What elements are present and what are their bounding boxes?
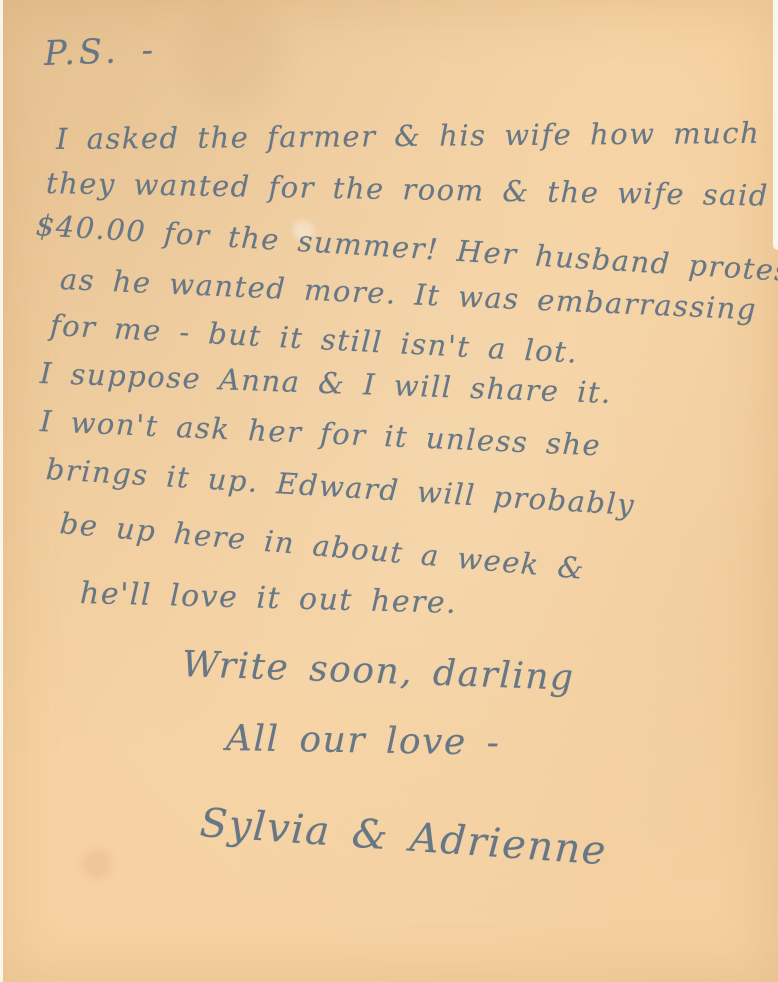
closing-line: All our love - bbox=[226, 718, 501, 764]
letter-line: he'll love it out here. bbox=[80, 576, 458, 621]
letter-line: be up here in about a week & bbox=[59, 506, 587, 586]
letter-page: P.S. - I asked the farmer & his wife how… bbox=[0, 0, 778, 982]
scan-edge-right-top bbox=[773, 0, 778, 250]
postscript-label: P.S. - bbox=[43, 30, 157, 74]
signature: Sylvia & Adrienne bbox=[198, 800, 608, 874]
closing-line: Write soon, darling bbox=[181, 644, 575, 699]
letter-line: I asked the farmer & his wife how much bbox=[56, 116, 761, 156]
letter-line: I won't ask her for it unless she bbox=[39, 404, 602, 462]
scan-edge-left bbox=[0, 0, 3, 982]
letter-line: they wanted for the room & the wife said bbox=[46, 166, 769, 213]
